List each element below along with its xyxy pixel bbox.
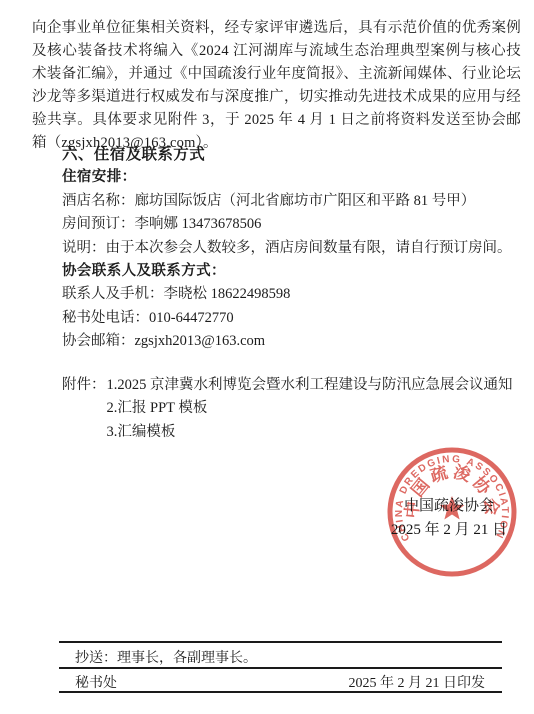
attachment-item: 2.汇报 PPT 模板 xyxy=(107,397,513,420)
footer-divider-middle xyxy=(59,667,502,669)
footer-divider-top xyxy=(59,641,502,643)
lodging-subheading: 住宿安排： xyxy=(62,166,532,189)
attachment-item: 3.汇编模板 xyxy=(107,421,513,444)
signature-date: 2025 年 2 月 21 日 xyxy=(386,519,512,543)
association-email-line: 协会邮箱：zgsjxh2013@163.com xyxy=(62,330,532,353)
signature-block: 中国疏浚协会 2025 年 2 月 21 日 xyxy=(386,495,512,542)
intro-paragraph: 向企事业单位征集相关资料，经专家评审遴选后，具有示范价值的优秀案例及核心装备技术… xyxy=(32,17,521,155)
contact-subheading: 协会联系人及联系方式： xyxy=(62,260,532,283)
cc-line: 抄送：理事长，各副理事长。 xyxy=(75,647,257,667)
issuer-label: 秘书处 xyxy=(75,672,117,692)
note-line: 说明：由于本次参会人数较多，酒店房间数量有限，请自行预订房间。 xyxy=(62,237,532,260)
attachments-list: 1.2025 京津冀水利博览会暨水利工程建设与防汛应急展会议通知 2.汇报 PP… xyxy=(107,374,513,444)
attachments-label: 附件： xyxy=(62,374,106,397)
hotel-name-line: 酒店名称：廊坊国际饭店（河北省廊坊市广阳区和平路 81 号甲） xyxy=(62,190,532,213)
attachments-block: 附件： 1.2025 京津冀水利博览会暨水利工程建设与防汛应急展会议通知 2.汇… xyxy=(62,374,532,444)
section-heading: 六、住宿及联系方式 xyxy=(62,143,532,166)
signature-org: 中国疏浚协会 xyxy=(386,495,512,519)
footer-divider-bottom xyxy=(59,691,502,693)
contact-person-line: 联系人及手机：李晓松 18622498598 xyxy=(62,283,532,306)
document-page: 向企事业单位征集相关资料，经专家评审遴选后，具有示范价值的优秀案例及核心装备技术… xyxy=(0,0,534,714)
secretariat-phone-line: 秘书处电话：010-64472770 xyxy=(62,307,532,330)
attachment-item: 1.2025 京津冀水利博览会暨水利工程建设与防汛应急展会议通知 xyxy=(107,374,513,397)
room-booking-line: 房间预订：李响娜 13473678506 xyxy=(62,213,532,236)
section-lodging-contact: 六、住宿及联系方式 住宿安排： 酒店名称：廊坊国际饭店（河北省廊坊市广阳区和平路… xyxy=(62,143,532,354)
print-date: 2025 年 2 月 21 日印发 xyxy=(349,672,486,692)
